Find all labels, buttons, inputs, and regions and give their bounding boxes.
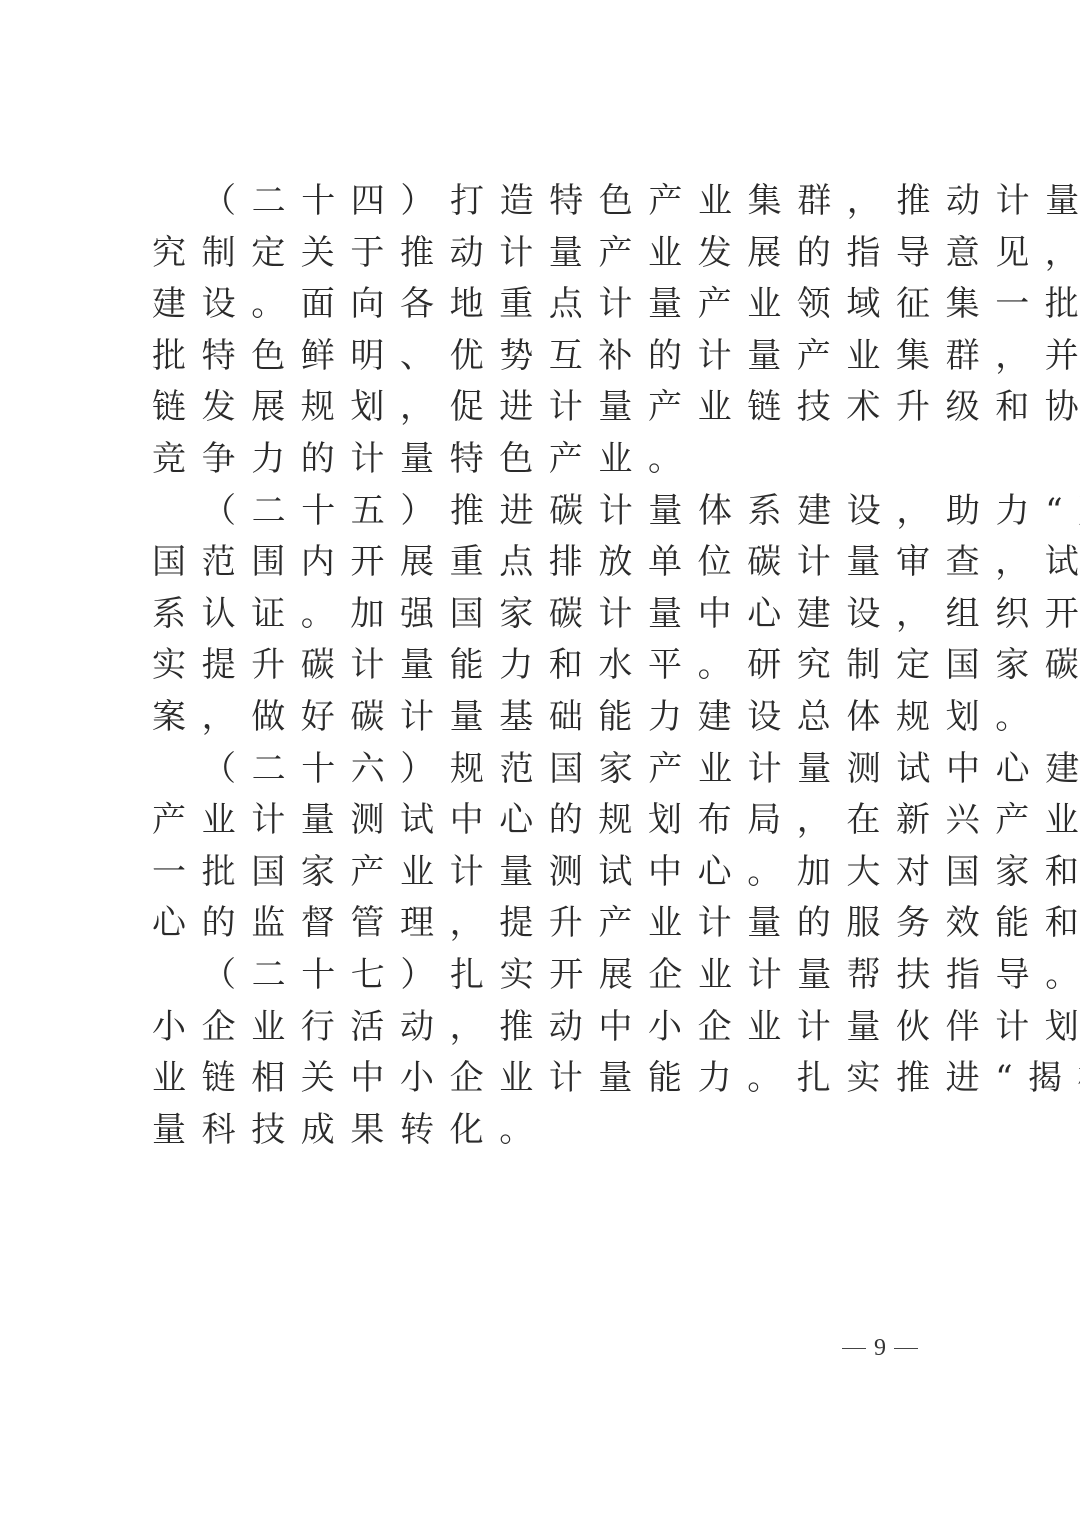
text-line: 心的监督管理，提升产业计量的服务效能和品质影响力。 [152,898,952,950]
text-line: 链发展规划，促进计量产业链技术升级和协同创新，形成具有国际 [152,382,952,434]
text-line: 建设。面向各地重点计量产业领域征集一批优势产业链，打造一 [152,279,952,331]
paragraph-25: （二十五）推进碳计量体系建设，助力“双碳”目标实现。在全 国范围内开展重点排放单… [152,486,952,744]
text-line: （二十四）打造特色产业集群，推动计量产业规模化发展。研 [152,176,952,228]
page-number: 9 [820,1335,940,1362]
text-line: （二十六）规范国家产业计量测试中心建设和管理。加强国家 [152,744,952,796]
text-line: 业链相关中小企业计量能力。扎实推进“揭榜挂帅”活动，加快计 [152,1053,952,1105]
dash-left-decoration [842,1348,866,1350]
text-line: 小企业行活动，推动中小企业计量伙伴计划落地落实，全面提升产 [152,1002,952,1054]
text-line: 实提升碳计量能力和水平。研究制定国家碳计量基础能力建设方 [152,640,952,692]
text-line: 产业计量测试中心的规划布局，在新兴产业领域批准筹建和验收 [152,795,952,847]
text-line: 量科技成果转化。 [152,1105,952,1157]
text-line: 国范围内开展重点排放单位碳计量审查，试点开展碳计量管理体 [152,537,952,589]
paragraph-24: （二十四）打造特色产业集群，推动计量产业规模化发展。研 究制定关于推动计量产业发… [152,176,952,486]
text-line: 案，做好碳计量基础能力建设总体规划。 [152,692,952,744]
text-line: 竞争力的计量特色产业。 [152,434,952,486]
text-line: 批特色鲜明、优势互补的计量产业集群，并推动纳入各省重点产业 [152,331,952,383]
text-line: （二十五）推进碳计量体系建设，助力“双碳”目标实现。在全 [152,486,952,538]
text-line: 究制定关于推动计量产业发展的指导意见，积极推动计量产业园 [152,228,952,280]
dash-right-decoration [894,1348,918,1350]
text-line: 系认证。加强国家碳计量中心建设，组织开展碳计量研讨交流，切 [152,589,952,641]
paragraph-27: （二十七）扎实开展企业计量帮扶指导。持续开展计量服务中 小企业行活动，推动中小企… [152,950,952,1156]
text-line: （二十七）扎实开展企业计量帮扶指导。持续开展计量服务中 [152,950,952,1002]
document-body: （二十四）打造特色产业集群，推动计量产业规模化发展。研 究制定关于推动计量产业发… [152,176,952,1156]
page-number-value: 9 [874,1335,886,1362]
text-line: 一批国家产业计量测试中心。加大对国家和省级产业计量测试中 [152,847,952,899]
document-page: （二十四）打造特色产业集群，推动计量产业规模化发展。研 究制定关于推动计量产业发… [0,0,1080,1527]
paragraph-26: （二十六）规范国家产业计量测试中心建设和管理。加强国家 产业计量测试中心的规划布… [152,744,952,950]
